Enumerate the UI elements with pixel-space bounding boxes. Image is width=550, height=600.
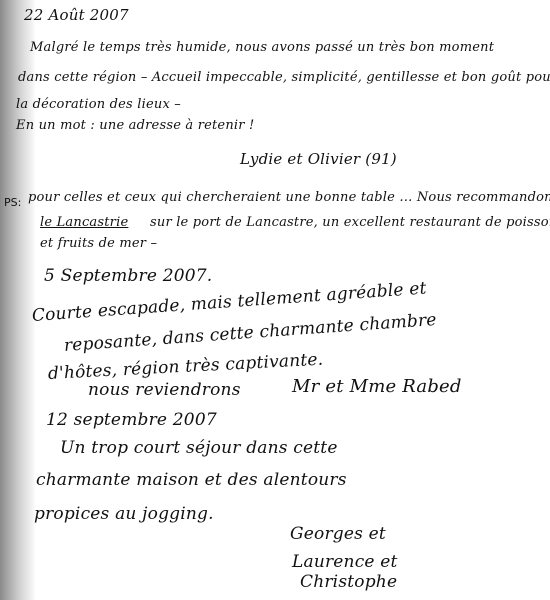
entry-date: 12 septembre 2007 <box>46 410 217 430</box>
entry-text-line: nous reviendrons <box>88 380 241 400</box>
entry-text-line: charmante maison et des alentours <box>36 470 347 490</box>
entry-text-line: En un mot : une adresse à retenir ! <box>16 118 254 133</box>
entry-text-line: la décoration des lieux – <box>16 97 181 112</box>
entry-signature: Lydie et Olivier (91) <box>240 150 397 168</box>
ps-text-line: pour celles et ceux qui chercheraient un… <box>28 190 550 205</box>
ps-text-line: et fruits de mer – <box>40 236 157 251</box>
entry-signature-line: Georges et <box>290 524 386 544</box>
entry-text-line: d'hôtes, région très captivante. <box>47 350 323 384</box>
entry-text-line: Un trop court séjour dans cette <box>60 438 338 458</box>
entry-text-line: Malgré le temps très humide, nous avons … <box>30 40 494 55</box>
entry-date: 22 Août 2007 <box>24 6 129 24</box>
ps-label: PS: <box>4 196 21 209</box>
entry-signature-line: Christophe <box>300 572 397 592</box>
entry-date: 5 Septembre 2007. <box>44 266 212 286</box>
ps-text-line: sur le port de Lancastre, un excellent r… <box>150 215 550 230</box>
ps-restaurant-name: le Lancastrie <box>40 215 128 230</box>
entry-signature-line: Laurence et <box>292 552 398 572</box>
guest-book-page: 22 Août 2007 Malgré le temps très humide… <box>0 0 550 600</box>
entry-text-line: dans cette région – Accueil impeccable, … <box>18 70 550 85</box>
entry-signature: Mr et Mme Rabed <box>292 376 462 397</box>
entry-text-line: propices au jogging. <box>34 504 214 524</box>
